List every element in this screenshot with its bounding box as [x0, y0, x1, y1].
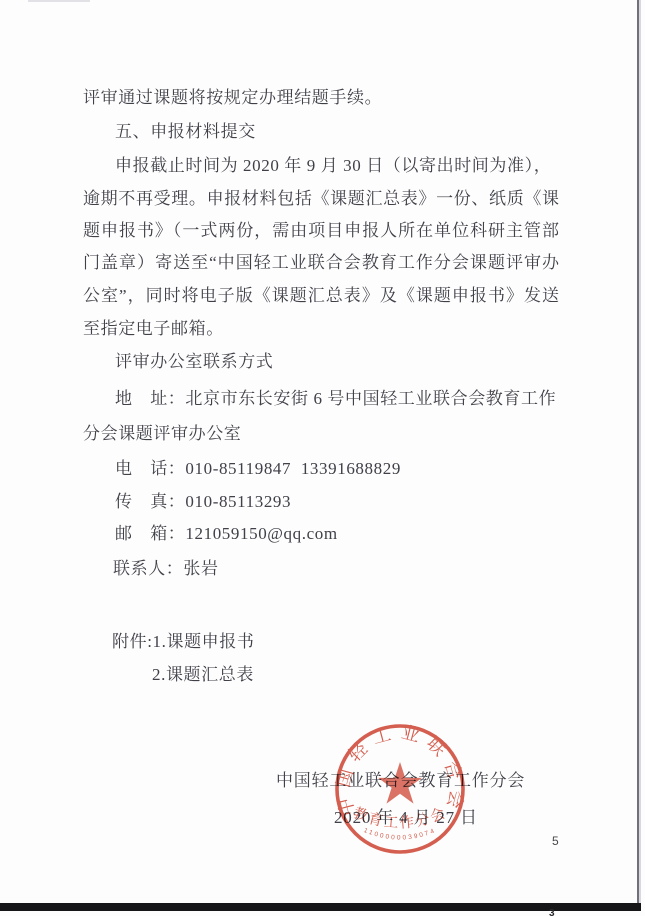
- fax-line: 传 真：010-85113293: [115, 492, 291, 512]
- body-line: 门盖章）寄送至“中国轻工业联合会教育工作分会课题评审办: [83, 253, 559, 273]
- body-line: 申报截止时间为 2020 年 9 月 30 日（以寄出时间为准），: [115, 156, 551, 176]
- signature-date: 2020 年 4 月 27 日: [334, 803, 478, 828]
- body-line: 逾期不再受理。申报材料包括《课题汇总表》一份、纸质《课: [83, 189, 559, 209]
- address-line-2: 分会课题评审办公室: [83, 424, 241, 444]
- scan-page-edge-bottom: [0, 903, 641, 911]
- section-heading: 五、申报材料提交: [115, 122, 256, 142]
- email-line: 邮 箱：121059150@qq.com: [115, 524, 338, 544]
- page-number: 5: [552, 834, 559, 848]
- body-line: 至指定电子邮箱。: [83, 319, 224, 339]
- contact-heading: 评审办公室联系方式: [115, 352, 273, 372]
- signature-org: 中国轻工业联合会教育工作分会: [276, 766, 525, 791]
- next-page-number-mark: 3: [549, 908, 555, 916]
- phone-line: 电 话：010-85119847 13391688829: [115, 459, 401, 479]
- scan-page-edge-right: [637, 0, 639, 906]
- address-line: 地 址：北京市东长安街 6 号中国轻工业联合会教育工作: [115, 389, 556, 409]
- attachment-line-1: 附件:1.课题申报书: [112, 632, 254, 652]
- scan-artifact-top: [28, 0, 90, 2]
- body-line: 题申报书》（一式两份，需由项目申报人所在单位科研主管部: [83, 221, 559, 241]
- seal-serial-number: 1100000039074: [363, 827, 438, 841]
- body-line: 公室”，同时将电子版《课题汇总表》及《课题申报书》发送: [83, 286, 559, 306]
- document-page: 评审通过课题将按规定办理结题手续。 五、申报材料提交 申报截止时间为 2020 …: [0, 0, 645, 916]
- attachment-line-2: 2.课题汇总表: [152, 665, 254, 685]
- contact-person-line: 联系人：张岩: [113, 559, 219, 579]
- body-line: 评审通过课题将按规定办理结题手续。: [83, 88, 382, 108]
